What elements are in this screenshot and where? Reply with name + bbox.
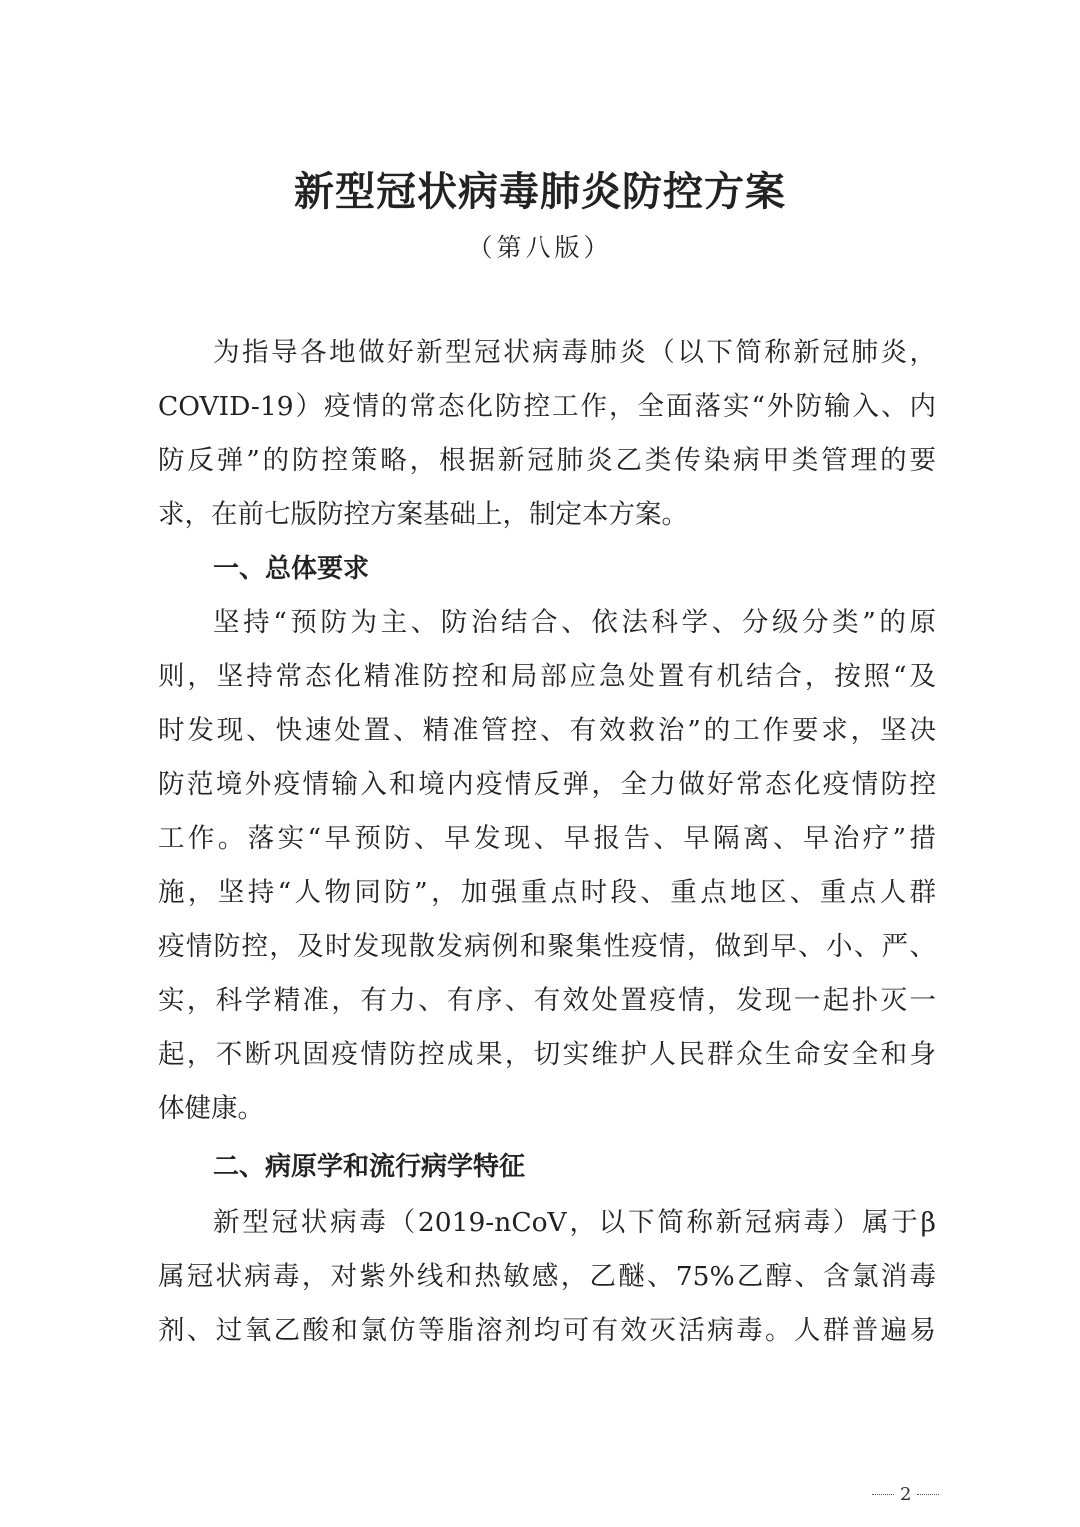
page-number: 2 — [872, 1484, 939, 1505]
paragraph-line: 疫情防控，及时发现散发病例和聚集性疫情，做到早、小、严、 — [158, 930, 936, 964]
paragraph-line: 工作。落实“早预防、早发现、早报告、早隔离、早治疗”措 — [158, 822, 936, 856]
paragraph-line: 属冠状病毒，对紫外线和热敏感，乙醚、75%乙醇、含氯消毒 — [158, 1260, 936, 1294]
dash-decoration — [917, 1494, 939, 1495]
document-page: 新型冠状病毒肺炎防控方案 （第八版） 为指导各地做好新型冠状病毒肺炎（以下简称新… — [0, 0, 1080, 1527]
paragraph-line: 剂、过氧乙酸和氯仿等脂溶剂均可有效灭活病毒。人群普遍易 — [158, 1314, 936, 1348]
paragraph-line: 防反弹”的防控策略，根据新冠肺炎乙类传染病甲类管理的要 — [158, 444, 936, 478]
document-subtitle: （第八版） — [0, 228, 1080, 264]
paragraph-line: 实，科学精准，有力、有序、有效处置疫情，发现一起扑灭一 — [158, 984, 936, 1018]
paragraph-line: 为指导各地做好新型冠状病毒肺炎（以下简称新冠肺炎， — [213, 336, 936, 370]
paragraph-line: 起，不断巩固疫情防控成果，切实维护人民群众生命安全和身 — [158, 1038, 936, 1072]
document-title: 新型冠状病毒肺炎防控方案 — [0, 160, 1080, 217]
section-heading: 一、总体要求 — [213, 552, 369, 586]
paragraph-line: 求，在前七版防控方案基础上，制定本方案。 — [158, 498, 936, 532]
paragraph-line: 施，坚持“人物同防”，加强重点时段、重点地区、重点人群 — [158, 876, 936, 910]
paragraph-line: COVID-19）疫情的常态化防控工作，全面落实“外防输入、内 — [158, 390, 936, 424]
paragraph-line: 新型冠状病毒（2019-nCoV，以下简称新冠病毒）属于β — [213, 1206, 936, 1240]
paragraph-line: 防范境外疫情输入和境内疫情反弹，全力做好常态化疫情防控 — [158, 768, 936, 802]
paragraph-line: 坚持“预防为主、防治结合、依法科学、分级分类”的原 — [213, 606, 936, 640]
section-heading: 二、病原学和流行病学特征 — [213, 1150, 525, 1184]
paragraph-line: 时发现、快速处置、精准管控、有效救治”的工作要求，坚决 — [158, 714, 936, 748]
dash-decoration — [872, 1494, 894, 1495]
paragraph-line: 则，坚持常态化精准防控和局部应急处置有机结合，按照“及 — [158, 660, 936, 694]
paragraph-line: 体健康。 — [158, 1092, 936, 1126]
page-number-value: 2 — [900, 1484, 911, 1505]
